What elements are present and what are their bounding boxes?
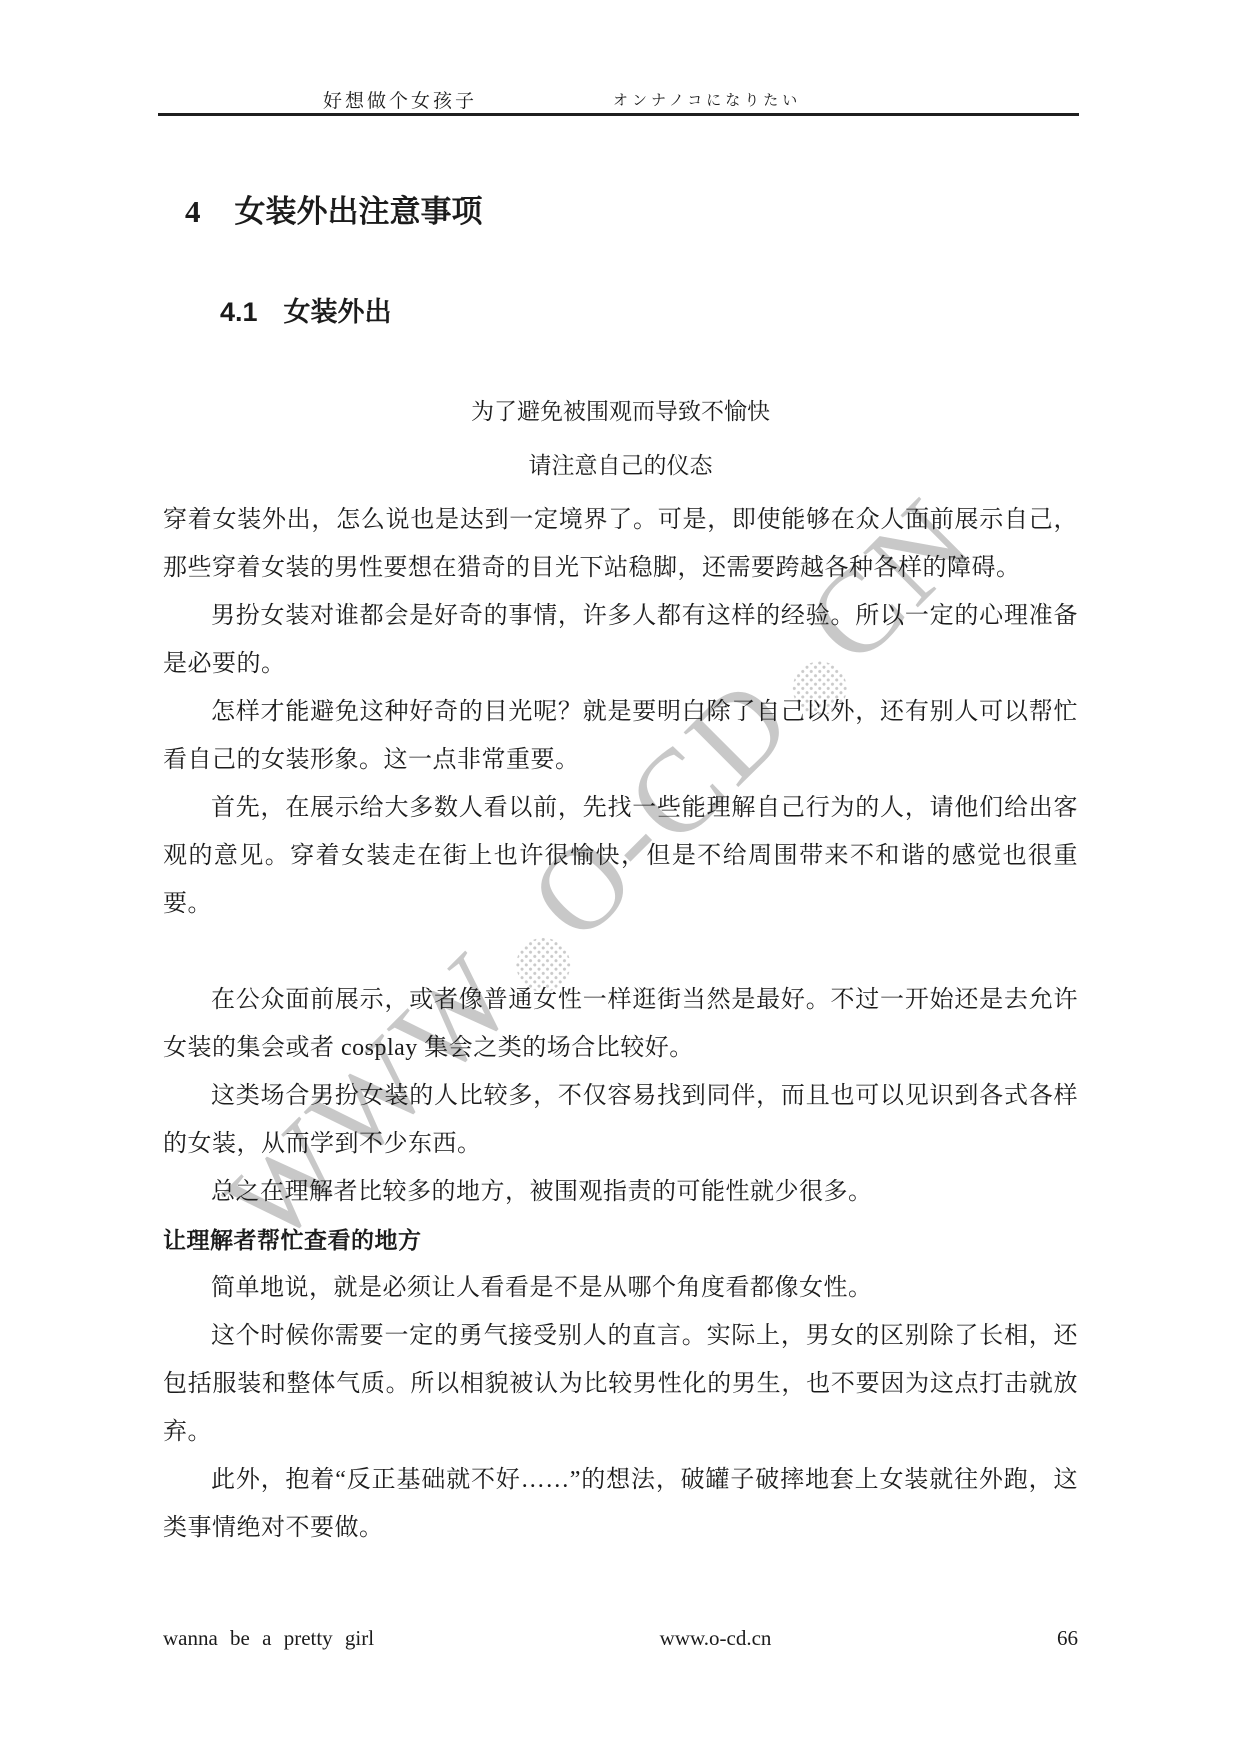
paragraph: 这类场合男扮女装的人比较多，不仅容易找到同伴，而且也可以见识到各式各样的女装，从… [163, 1072, 1078, 1168]
intro-line: 请注意自己的仪态 [163, 439, 1078, 493]
paragraph: 穿着女装外出，怎么说也是达到一定境界了。可是，即使能够在众人面前展示自己，那些穿… [163, 496, 1078, 592]
page-footer: wanna be a pretty girl www.o-cd.cn 66 [163, 1626, 1078, 1651]
inline-heading: 让理解者帮忙查看的地方 [163, 1216, 1078, 1264]
footer-site-url: www.o-cd.cn [660, 1626, 772, 1651]
paragraph-gap [163, 928, 1078, 976]
paragraph: 此外，抱着“反正基础就不好……”的想法，破罐子破摔地套上女装就往外跑，这类事情绝… [163, 1456, 1078, 1552]
intro-line: 为了避免被围观而导致不愉快 [163, 385, 1078, 439]
subsection-title: 女装外出 [284, 290, 392, 329]
page-number: 66 [1057, 1626, 1078, 1651]
document-page: { "header": { "left_title": "好想做个女孩子", "… [0, 0, 1241, 1755]
footer-left-text: wanna be a pretty girl [163, 1626, 374, 1651]
subsection-heading: 4.1 女装外出 [220, 290, 392, 329]
intro-block: 为了避免被围观而导致不愉快 请注意自己的仪态 [163, 385, 1078, 493]
body-paragraphs: 穿着女装外出，怎么说也是达到一定境界了。可是，即使能够在众人面前展示自己，那些穿… [163, 496, 1078, 1552]
paragraph: 简单地说，就是必须让人看看是不是从哪个角度看都像女性。 [163, 1264, 1078, 1312]
paragraph: 这个时候你需要一定的勇气接受别人的直言。实际上，男女的区别除了长相，还包括服装和… [163, 1312, 1078, 1456]
section-title: 女装外出注意事项 [235, 186, 483, 231]
subsection-number: 4.1 [220, 297, 258, 328]
running-header-left: 好想做个女孩子 [323, 86, 477, 113]
running-header-right: オンナノコになりたい [613, 89, 801, 110]
paragraph: 在公众面前展示，或者像普通女性一样逛街当然是最好。不过一开始还是去允许女装的集会… [163, 976, 1078, 1072]
section-heading: 4 女装外出注意事项 [185, 186, 483, 231]
header-rule [158, 113, 1079, 116]
paragraph: 总之在理解者比较多的地方，被围观指责的可能性就少很多。 [163, 1168, 1078, 1216]
paragraph: 首先，在展示给大多数人看以前，先找一些能理解自己行为的人，请他们给出客观的意见。… [163, 784, 1078, 928]
paragraph: 怎样才能避免这种好奇的目光呢？就是要明白除了自己以外，还有别人可以帮忙看自己的女… [163, 688, 1078, 784]
paragraph: 男扮女装对谁都会是好奇的事情，许多人都有这样的经验。所以一定的心理准备是必要的。 [163, 592, 1078, 688]
section-number: 4 [185, 194, 201, 230]
